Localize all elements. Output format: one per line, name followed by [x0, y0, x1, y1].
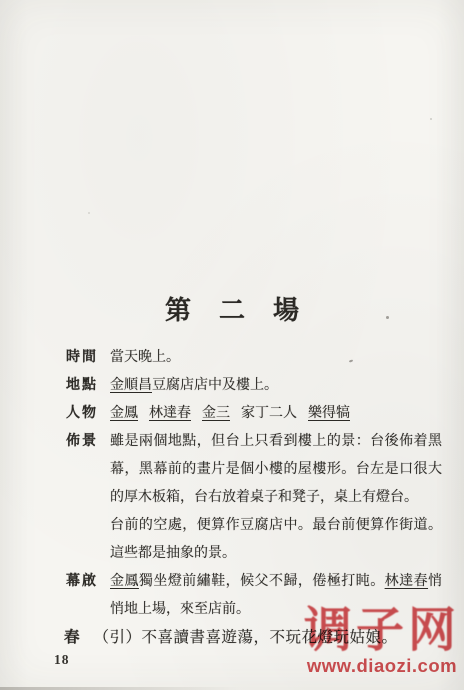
place-rest: 豆腐店店中及樓上。	[152, 378, 278, 393]
scanned-script-page: 第二場 時間 當天晚上。 地點 金順昌豆腐店店中及樓上。 人物 金鳳林達春金三家…	[0, 0, 464, 690]
dialogue-speaker: 春	[64, 629, 80, 646]
place-value: 金順昌豆腐店店中及樓上。	[110, 372, 442, 400]
scenery-row: 佈景 雖是兩個地點，但台上只看到樓上的景：台後佈着黑幕，黑幕前的畫片是個小樓的屋…	[66, 428, 442, 568]
scenery-text: 雖是兩個地點，但台上只看到樓上的景：台後佈着黑幕，黑幕前的畫片是個小樓的屋樓形。…	[110, 428, 442, 568]
scan-speck	[386, 316, 389, 319]
scan-speck	[430, 118, 432, 120]
character-name: 家丁二人	[241, 406, 297, 421]
page-number: 18	[54, 652, 70, 668]
scan-speck	[88, 212, 90, 214]
characters-label: 人物	[66, 400, 104, 428]
characters-row: 人物 金鳳林達春金三家丁二人樂得犒	[66, 400, 442, 428]
scenery-label: 佈景	[66, 428, 104, 456]
curtain-text-segment: 獨坐燈前繡鞋，候父不歸，倦極打盹。	[139, 574, 385, 589]
dialogue-text: （引）不喜讀書喜遊蕩，不玩花燈玩姑娘。	[94, 629, 398, 646]
curtain-text: 金鳳獨坐燈前繡鞋，候父不歸，倦極打盹。林達春悄悄地上場，來至店前。	[110, 568, 442, 624]
scene-title: 第二場	[0, 290, 464, 327]
dialogue-line: 春（引）不喜讀書喜遊蕩，不玩花燈玩姑娘。	[64, 625, 454, 651]
stage-directions: 時間 當天晚上。 地點 金順昌豆腐店店中及樓上。 人物 金鳳林達春金三家丁二人樂…	[66, 344, 442, 624]
character-name: 林達春	[385, 574, 428, 589]
place-row: 地點 金順昌豆腐店店中及樓上。	[66, 372, 442, 400]
place-proper-noun: 金順昌	[110, 378, 152, 393]
character-name: 金三	[202, 406, 230, 421]
time-label: 時間	[66, 344, 104, 372]
curtain-row: 幕啟 金鳳獨坐燈前繡鞋，候父不歸，倦極打盹。林達春悄悄地上場，來至店前。	[66, 568, 442, 624]
time-row: 時間 當天晚上。	[66, 344, 442, 372]
watermark-site-url: www.diaozi.com	[301, 656, 463, 676]
character-name: 金鳳	[110, 574, 139, 589]
scenery-paragraph: 台前的空處，便算作豆腐店中。最台前便算作街道。這些都是抽象的景。	[110, 512, 442, 568]
place-label: 地點	[66, 372, 104, 400]
character-name: 樂得犒	[308, 406, 350, 421]
scenery-paragraph: 雖是兩個地點，但台上只看到樓上的景：台後佈着黑幕，黑幕前的畫片是個小樓的屋樓形。…	[110, 428, 442, 512]
time-value: 當天晚上。	[110, 344, 442, 372]
characters-list: 金鳳林達春金三家丁二人樂得犒	[110, 400, 442, 428]
character-name: 林達春	[149, 406, 191, 421]
curtain-label: 幕啟	[66, 568, 104, 596]
character-name: 金鳳	[110, 406, 138, 421]
